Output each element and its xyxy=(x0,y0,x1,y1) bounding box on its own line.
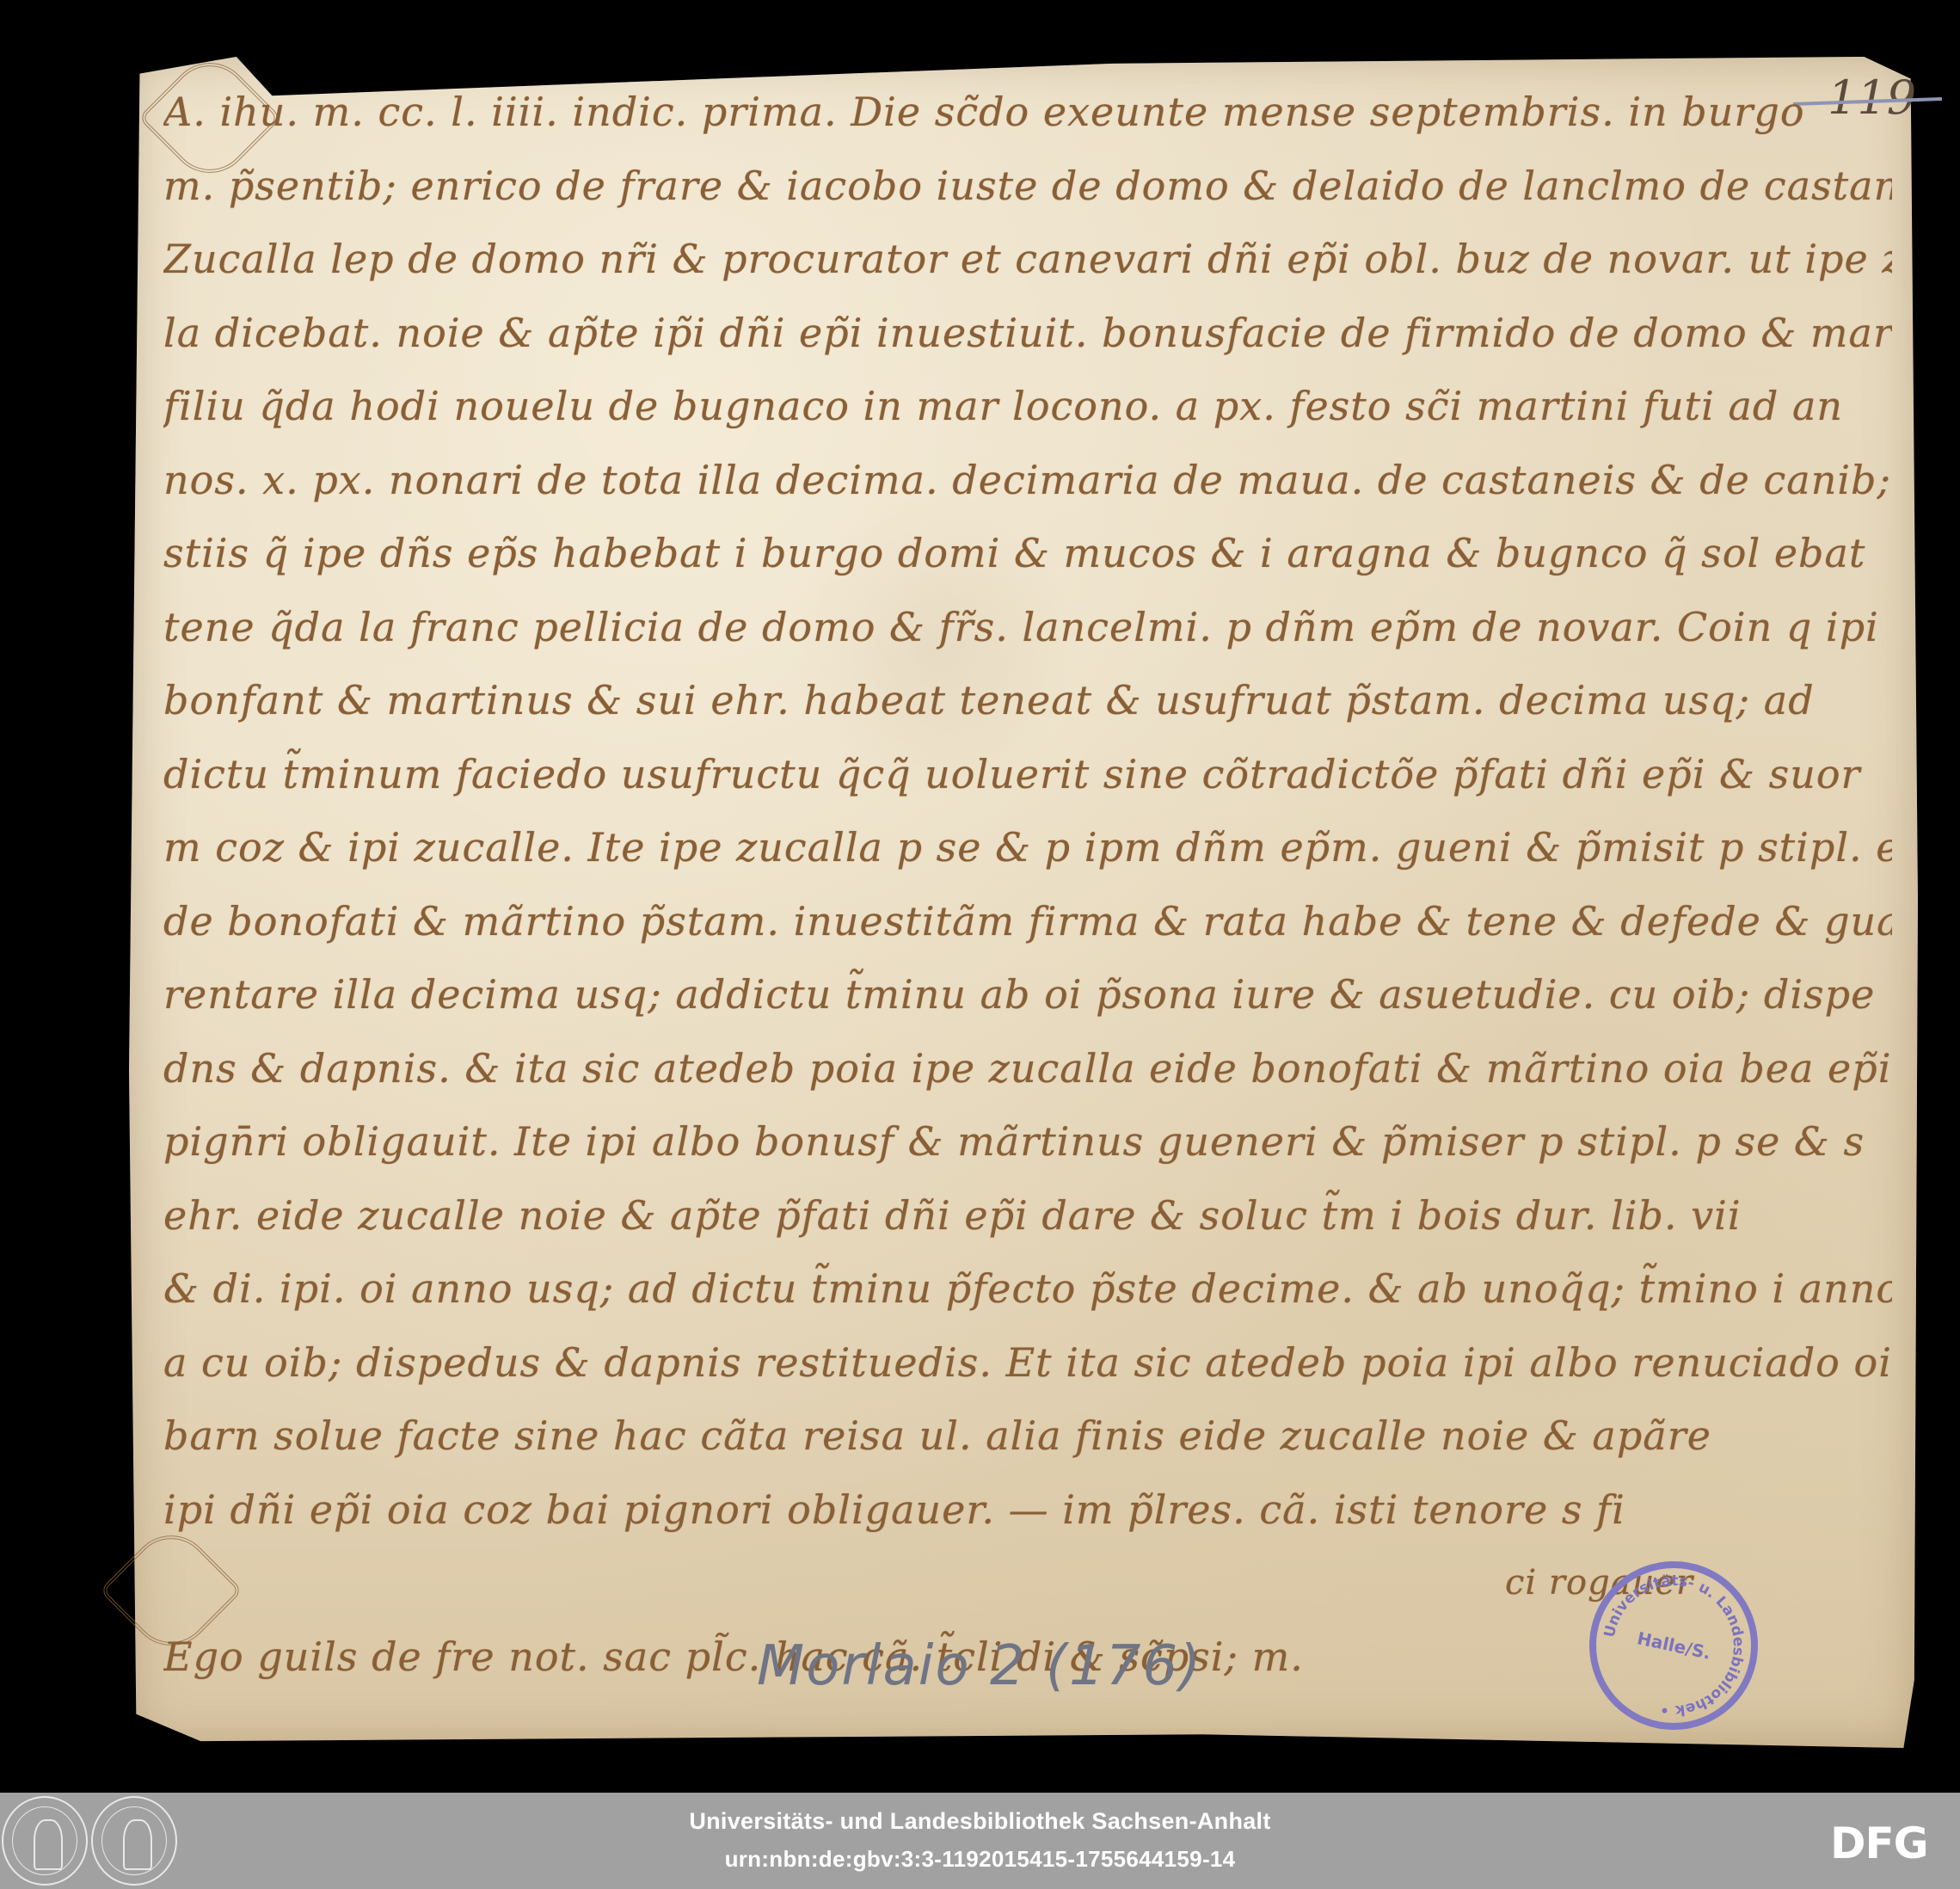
manuscript-line: m coz & ipi zucalle. Ite ipe zucalla p s… xyxy=(163,811,1892,885)
manuscript-line: m. p̃sentib; enrico de frare & iacobo iu… xyxy=(163,150,1892,224)
manuscript-line: de bonofati & mãrtino p̃stam. inuestitãm… xyxy=(163,885,1892,959)
manuscript-line: & di. ipi. oi anno usq; ad dictu t̃minu … xyxy=(163,1252,1892,1326)
manuscript-line: dns & dapnis. & ita sic atedeb poia ipe … xyxy=(163,1032,1892,1106)
manuscript-line: pign̄ri obligauit. Ite ipi albo bonusf &… xyxy=(163,1105,1892,1179)
manuscript-line: barn solue facte sine hac cãta reisa ul.… xyxy=(163,1400,1892,1474)
manuscript-line: dictu t̃minum faciedo usufructu q̃cq̃ uo… xyxy=(163,738,1892,812)
manuscript-line: la dicebat. noie & ap̃te ip̃i dñi ep̃i i… xyxy=(163,297,1892,371)
manuscript-line: stiis q̃ ipe dñs ep̃s habebat i burgo do… xyxy=(163,517,1892,591)
dfg-logo-icon: DFG xyxy=(1830,1818,1928,1868)
footer-bar: Universitäts- und Landesbibliothek Sachs… xyxy=(0,1793,1960,1889)
manuscript-line: bonfant & martinus & sui ehr. habeat ten… xyxy=(163,664,1892,738)
manuscript-line: filiu q̃da hodi nouelu de bugnaco in mar… xyxy=(163,370,1892,444)
manuscript-line: tene q̃da la franc pellicia de domo & fr… xyxy=(163,591,1892,665)
document-viewer-canvas: 119 A. ihu. m. cc. l. iiii. indic. prima… xyxy=(0,0,1960,1793)
library-stamp: Universitäts- u. Landesbibliothek • Hall… xyxy=(1589,1561,1758,1730)
manuscript-line: nos. x. px. nonari de tota illa decima. … xyxy=(163,444,1892,518)
institution-name: Universitäts- und Landesbibliothek Sachs… xyxy=(0,1808,1960,1835)
manuscript-text: A. ihu. m. cc. l. iiii. indic. prima. Di… xyxy=(163,76,1892,1694)
manuscript-line: ehr. eide zucalle noie & ap̃te p̃fati dñ… xyxy=(163,1179,1892,1253)
urn-identifier: urn:nbn:de:gbv:3:3-1192015415-1755644159… xyxy=(0,1846,1960,1873)
pencil-shelfmark: Morlaio 2 (176) xyxy=(757,1634,1202,1698)
manuscript-line: rentare illa decima usq; addictu t̃minu … xyxy=(163,958,1892,1032)
manuscript-line: ipi dñi ep̃i oia coz bai pignori obligau… xyxy=(163,1474,1892,1548)
manuscript-line: Zucalla lep de domo nr̃i & procurator et… xyxy=(163,223,1892,297)
manuscript-line: A. ihu. m. cc. l. iiii. indic. prima. Di… xyxy=(163,76,1892,150)
manuscript-line: a cu oib; dispedus & dapnis restituedis.… xyxy=(163,1326,1892,1400)
